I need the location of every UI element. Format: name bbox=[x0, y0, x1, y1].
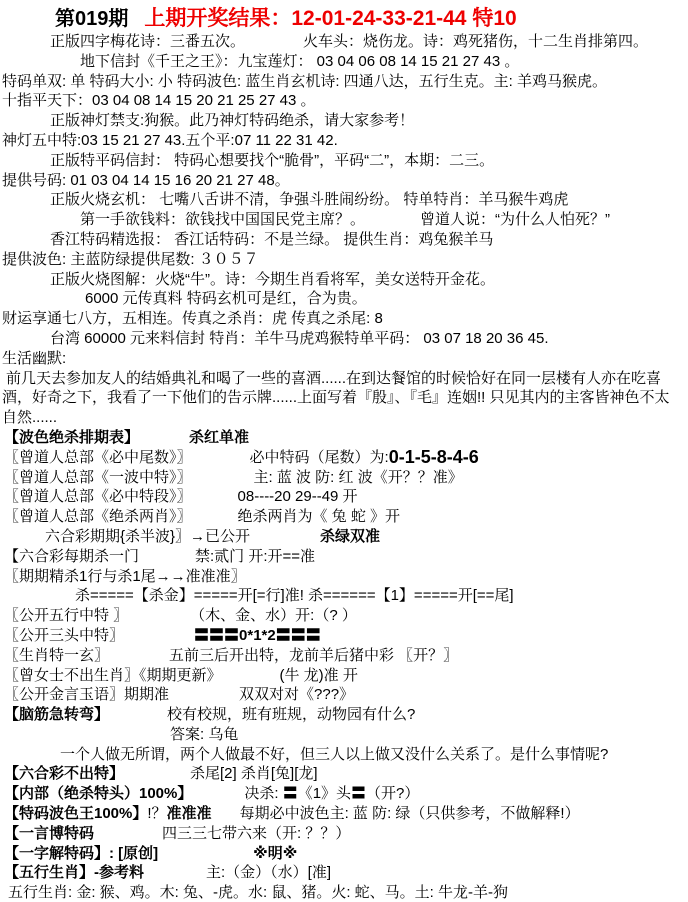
one-wave-special-line-seg-0: 〖曾道人总部《一波中特》〗 bbox=[4, 468, 192, 488]
special-flat-code-envelope-line-seg-0: 正版特平码信封： 特码心想要找个“脆骨”，平码“二”，本期：二三。 bbox=[50, 151, 494, 171]
zodiac-mystery-line: 〖生肖特一玄〗五前三后开出特，龙前羊后猪中彩 〖开？〗 bbox=[0, 646, 688, 666]
lottery-tip-sheet: 第019期上期开奖结果：12-01-24-33-21-44 特10正版四字梅花诗… bbox=[0, 0, 688, 902]
three-heads-special-line-seg-1: 〓〓〓0*1*2〓〓〓 bbox=[194, 626, 321, 646]
five-elements-special-line: 〖公开五行中特 〗（木、金、水）开:（? ） bbox=[0, 606, 688, 626]
humor-story-line-2-seg-0: 酒，好奇之下，我看了一下他们的告示牌......上面写着『殷』、『毛』连姻!! … bbox=[2, 388, 670, 408]
precise-kill-row-tail-line: 〖期期精杀1行与杀1尾→→准准准〗 bbox=[0, 567, 688, 587]
brain-teaser-line-seg-1: 校有校规，班有班规，动物园有什么? bbox=[167, 705, 415, 725]
life-humor-title-seg-0: 生活幽默: bbox=[2, 349, 66, 369]
internal-kill-head-line-seg-0: 【内部（绝杀特头）100%】 bbox=[4, 784, 192, 804]
one-char-special-line: 【一字解特码】: [原创]※明※ bbox=[0, 844, 688, 864]
must-hit-segment-line-seg-0: 〖曾道人总部《必中特段》〗 bbox=[4, 487, 192, 507]
humor-story-line-2: 酒，好奇之下，我看了一下他们的告示牌......上面写着『殷』、『毛』连姻!! … bbox=[0, 388, 688, 408]
kill-half-wave-line: 六合彩期期{杀半波}〗→已公开杀绿双准 bbox=[0, 527, 688, 547]
one-char-special-line-seg-0: 【一字解特码】: [原创] bbox=[4, 844, 158, 864]
fire-mystery-line-seg-0: 正版火烧玄机： 七嘴八舌讲不清，争强斗胜闹纷纷。 特单特肖：羊马猴牛鸡虎 bbox=[50, 190, 568, 210]
humor-story-line-3-seg-0: 自然...... bbox=[2, 408, 57, 428]
money-seeking-line: 第一手欲钱料：欲钱找中国国民党主席？。曾道人说：“为什么人怕死？” bbox=[0, 210, 688, 230]
one-wave-special-line: 〖曾道人总部《一波中特》〗主: 蓝 波 防: 红 波《开？？准》 bbox=[0, 468, 688, 488]
fortune-line: 财运享通七八方，五相连。传真之杀肖：虎 传真之杀尾: 8 bbox=[0, 309, 688, 329]
wave-color-king-line: 【特码波色王100%】!？准准准每期必中波色主: 蓝 防: 绿（只供参考，不做解… bbox=[0, 804, 688, 824]
special-code-attributes-line-seg-0: 特码单双: 单 特码大小: 小 特码波色: 蓝生肖玄机诗: 四通八达，五行生克。… bbox=[2, 72, 607, 92]
fax-material-line: 6000 元传真料 特码玄机可是红，合为贵。 bbox=[0, 289, 688, 309]
underground-envelope-line: 地下信封《千王之王》：九宝莲灯： 03 04 06 08 14 15 21 27… bbox=[0, 52, 688, 72]
wave-color-kill-table-line-seg-1: 杀红单准 bbox=[189, 428, 249, 448]
ten-fingers-line-seg-0: 十指平天下：03 04 08 14 15 20 21 25 27 43 。 bbox=[2, 91, 316, 111]
riddle-line: 一个人做无所谓，两个人做最不好，但三人以上做又没什么关系了。是什么事情呢? bbox=[0, 745, 688, 765]
precise-kill-row-tail-line-seg-0: 〖期期精杀1行与杀1尾→→准准准〗 bbox=[4, 567, 246, 587]
humor-story-line-1-seg-0: 前几天去参加友人的结婚典礼和喝了一些的喜酒......在到达餐馆的时候恰好在同一… bbox=[6, 369, 661, 389]
must-hit-tail-numbers-line-seg-2: 0-1-5-8-4-6 bbox=[389, 448, 479, 468]
kill-gold-line: 杀=====【杀金】=====开[=行]准! 杀======【1】=====开[… bbox=[0, 586, 688, 606]
kill-gold-line-seg-0: 杀=====【杀金】=====开[=行]准! 杀======【1】=====开[… bbox=[75, 586, 514, 606]
brain-teaser-line: 【脑筋急转弯】校有校规，班有班规，动物园有什么? bbox=[0, 705, 688, 725]
madam-zeng-line-seg-0: 〖曾女士不出生肖〗《期期更新》 bbox=[4, 666, 222, 686]
fire-mystery-line: 正版火烧玄机： 七嘴八舌讲不清，争强斗胜闹纷纷。 特单特肖：羊马猴牛鸡虎 bbox=[0, 190, 688, 210]
no-special-line-seg-1: 杀尾[2] 杀肖[兔][龙] bbox=[190, 764, 318, 784]
humor-story-line-1: 前几天去参加友人的结婚典礼和喝了一些的喜酒......在到达餐馆的时候恰好在同一… bbox=[0, 369, 688, 389]
magic-lamp-five-special-line-seg-0: 神灯五中特:03 15 21 27 43.五个平:07 11 22 31 42. bbox=[2, 131, 338, 151]
xiangjiang-special-code-line: 香江特码精选报： 香江话特码：不是兰绿。 提供生肖：鸡兔猴羊马 bbox=[0, 230, 688, 250]
three-heads-special-line-seg-0: 〖公开三头中特〗 bbox=[4, 626, 124, 646]
special-flat-code-envelope-line: 正版特平码信封： 特码心想要找个“脆骨”，平码“二”，本期：二三。 bbox=[0, 151, 688, 171]
underground-envelope-line-seg-0: 地下信封《千王之王》：九宝莲灯： 03 04 06 08 14 15 21 27… bbox=[80, 52, 519, 72]
golden-words-line-seg-1: 双双对对《???》 bbox=[239, 685, 354, 705]
header-line-seg-1: 上期开奖结果：12-01-24-33-21-44 特10 bbox=[144, 6, 516, 32]
wave-color-king-line-seg-1: !？ bbox=[147, 804, 166, 824]
magic-lamp-five-special-line: 神灯五中特:03 15 21 27 43.五个平:07 11 22 31 42. bbox=[0, 131, 688, 151]
taiwan-material-line-seg-0: 台湾 60000 元来料信封 特肖：羊牛马虎鸡猴特单平码： 03 07 18 2… bbox=[50, 329, 549, 349]
internal-kill-head-line-seg-1: 决杀: 〓《1》头〓（开?） bbox=[244, 784, 419, 804]
five-elements-special-line-seg-1: （木、金、水）开:（? ） bbox=[190, 606, 357, 626]
money-seeking-line-seg-1: 曾道人说：“为什么人怕死？” bbox=[420, 210, 610, 230]
riddle-line-seg-0: 一个人做无所谓，两个人做最不好，但三人以上做又没什么关系了。是什么事情呢? bbox=[60, 745, 608, 765]
five-elements-zodiac-detail-line: 五行生肖: 金: 猴、鸡。木: 兔、-虎。水: 鼠、猪。火: 蛇、马。土: 牛龙… bbox=[0, 883, 688, 902]
no-special-line: 【六合彩不出特】杀尾[2] 杀肖[兔][龙] bbox=[0, 764, 688, 784]
one-char-special-line-seg-1: ※明※ bbox=[253, 844, 297, 864]
golden-words-line: 〖公开金言玉语〗期期准双双对对《???》 bbox=[0, 685, 688, 705]
one-word-special-line-seg-0: 【一言博特码 bbox=[4, 824, 94, 844]
kill-one-gate-line-seg-0: 【六合彩每期杀一门 bbox=[4, 547, 139, 567]
kill-one-gate-line-seg-1: 禁:贰门 开:开==准 bbox=[195, 547, 315, 567]
plum-poem-line: 正版四字梅花诗：三番五次。火车头：烧伤龙。诗：鸡死猪伤，十二生肖排第四。 bbox=[0, 32, 688, 52]
fire-diagram-line: 正版火烧图解：火烧“牛”。诗：今期生肖看将军，美女送特开金花。 bbox=[0, 270, 688, 290]
five-elements-special-line-seg-0: 〖公开五行中特 〗 bbox=[4, 606, 128, 626]
wave-color-kill-table-line: 【波色绝杀排期表】杀红单准 bbox=[0, 428, 688, 448]
internal-kill-head-line: 【内部（绝杀特头）100%】决杀: 〓《1》头〓（开?） bbox=[0, 784, 688, 804]
kill-two-zodiac-line: 〖曾道人总部《绝杀两肖》〗绝杀两肖为《 兔 蛇 》开 bbox=[0, 507, 688, 527]
xiangjiang-special-code-line-seg-0: 香江特码精选报： 香江话特码：不是兰绿。 提供生肖：鸡兔猴羊马 bbox=[50, 230, 493, 250]
header-line: 第019期上期开奖结果：12-01-24-33-21-44 特10 bbox=[0, 6, 688, 32]
provided-wave-color-line: 提供波色: 主蓝防绿提供尾数: ３０５７ bbox=[0, 250, 688, 270]
document-body: 第019期上期开奖结果：12-01-24-33-21-44 特10正版四字梅花诗… bbox=[0, 6, 688, 902]
kill-half-wave-line-seg-1: 杀绿双准 bbox=[320, 527, 380, 547]
zodiac-mystery-line-seg-1: 五前三后开出特，龙前羊后猪中彩 〖开？〗 bbox=[169, 646, 458, 666]
plum-poem-line-seg-1: 火车头：烧伤龙。诗：鸡死猪伤，十二生肖排第四。 bbox=[303, 32, 648, 52]
header-line-seg-0: 第019期 bbox=[55, 6, 128, 32]
humor-story-line-3: 自然...... bbox=[0, 408, 688, 428]
plum-poem-line-seg-0: 正版四字梅花诗：三番五次。 bbox=[50, 32, 245, 52]
kill-one-gate-line: 【六合彩每期杀一门禁:贰门 开:开==准 bbox=[0, 547, 688, 567]
one-word-special-line-seg-1: 四三三七带六来（开: ？？） bbox=[162, 824, 350, 844]
kill-two-zodiac-line-seg-1: 绝杀两肖为《 兔 蛇 》开 bbox=[238, 507, 401, 527]
provided-numbers-line-seg-0: 提供号码: 01 03 04 14 15 16 20 21 27 48。 bbox=[2, 171, 290, 191]
life-humor-title: 生活幽默: bbox=[0, 349, 688, 369]
one-wave-special-line-seg-1: 主: 蓝 波 防: 红 波《开？？准》 bbox=[254, 468, 463, 488]
ten-fingers-line: 十指平天下：03 04 08 14 15 20 21 25 27 43 。 bbox=[0, 91, 688, 111]
brain-teaser-line-seg-0: 【脑筋急转弯】 bbox=[4, 705, 109, 725]
wave-color-king-line-seg-0: 【特码波色王100%】 bbox=[4, 804, 147, 824]
fax-material-line-seg-0: 6000 元传真料 特码玄机可是红，合为贵。 bbox=[85, 289, 367, 309]
madam-zeng-line: 〖曾女士不出生肖〗《期期更新》(牛 龙)准 开 bbox=[0, 666, 688, 686]
kill-half-wave-line-seg-0: 六合彩期期{杀半波}〗→已公开 bbox=[45, 527, 250, 547]
must-hit-tail-numbers-line-seg-1: 必中特码（尾数）为: bbox=[250, 448, 389, 468]
money-seeking-line-seg-0: 第一手欲钱料：欲钱找中国国民党主席？。 bbox=[80, 210, 365, 230]
magic-lamp-ban-line-seg-0: 正版神灯禁支:狗猴。此乃神灯特码绝杀，请大家参考！ bbox=[50, 111, 414, 131]
three-heads-special-line: 〖公开三头中特〗〓〓〓0*1*2〓〓〓 bbox=[0, 626, 688, 646]
provided-wave-color-line-seg-0: 提供波色: 主蓝防绿提供尾数: ３０５７ bbox=[2, 250, 259, 270]
must-hit-segment-line: 〖曾道人总部《必中特段》〗08----20 29--49 开 bbox=[0, 487, 688, 507]
golden-words-line-seg-0: 〖公开金言玉语〗期期准 bbox=[4, 685, 169, 705]
provided-numbers-line: 提供号码: 01 03 04 14 15 16 20 21 27 48。 bbox=[0, 171, 688, 191]
must-hit-tail-numbers-line: 〖曾道人总部《必中尾数》〗必中特码（尾数）为: 0-1-5-8-4-6 bbox=[0, 448, 688, 468]
fire-diagram-line-seg-0: 正版火烧图解：火烧“牛”。诗：今期生肖看将军，美女送特开金花。 bbox=[50, 270, 495, 290]
five-elements-zodiac-detail-line-seg-0: 五行生肖: 金: 猴、鸡。木: 兔、-虎。水: 鼠、猪。火: 蛇、马。土: 牛龙… bbox=[8, 883, 508, 902]
madam-zeng-line-seg-1: (牛 龙)准 开 bbox=[280, 666, 358, 686]
five-elements-zodiac-ref-line-seg-0: 【五行生肖】-参考料 bbox=[4, 863, 144, 883]
fortune-line-seg-0: 财运享通七八方，五相连。传真之杀肖：虎 传真之杀尾: 8 bbox=[2, 309, 383, 329]
five-elements-zodiac-ref-line-seg-1: 主:（金）（水）[准] bbox=[206, 863, 331, 883]
must-hit-tail-numbers-line-seg-0: 〖曾道人总部《必中尾数》〗 bbox=[4, 448, 192, 468]
no-special-line-seg-0: 【六合彩不出特】 bbox=[4, 764, 124, 784]
one-word-special-line: 【一言博特码四三三七带六来（开: ？？） bbox=[0, 824, 688, 844]
five-elements-zodiac-ref-line: 【五行生肖】-参考料主:（金）（水）[准] bbox=[0, 863, 688, 883]
taiwan-material-line: 台湾 60000 元来料信封 特肖：羊牛马虎鸡猴特单平码： 03 07 18 2… bbox=[0, 329, 688, 349]
wave-color-kill-table-line-seg-0: 【波色绝杀排期表】 bbox=[4, 428, 139, 448]
brain-teaser-answer-line-seg-0: 答案: 乌龟 bbox=[170, 725, 238, 745]
zodiac-mystery-line-seg-0: 〖生肖特一玄〗 bbox=[4, 646, 109, 666]
brain-teaser-answer-line: 答案: 乌龟 bbox=[0, 725, 688, 745]
wave-color-king-line-seg-2: 准准准 bbox=[167, 804, 212, 824]
kill-two-zodiac-line-seg-0: 〖曾道人总部《绝杀两肖》〗 bbox=[4, 507, 192, 527]
magic-lamp-ban-line: 正版神灯禁支:狗猴。此乃神灯特码绝杀，请大家参考！ bbox=[0, 111, 688, 131]
special-code-attributes-line: 特码单双: 单 特码大小: 小 特码波色: 蓝生肖玄机诗: 四通八达，五行生克。… bbox=[0, 72, 688, 92]
wave-color-king-line-seg-3: 每期必中波色主: 蓝 防: 绿（只供参考，不做解释!） bbox=[240, 804, 580, 824]
must-hit-segment-line-seg-1: 08----20 29--49 开 bbox=[238, 487, 358, 507]
